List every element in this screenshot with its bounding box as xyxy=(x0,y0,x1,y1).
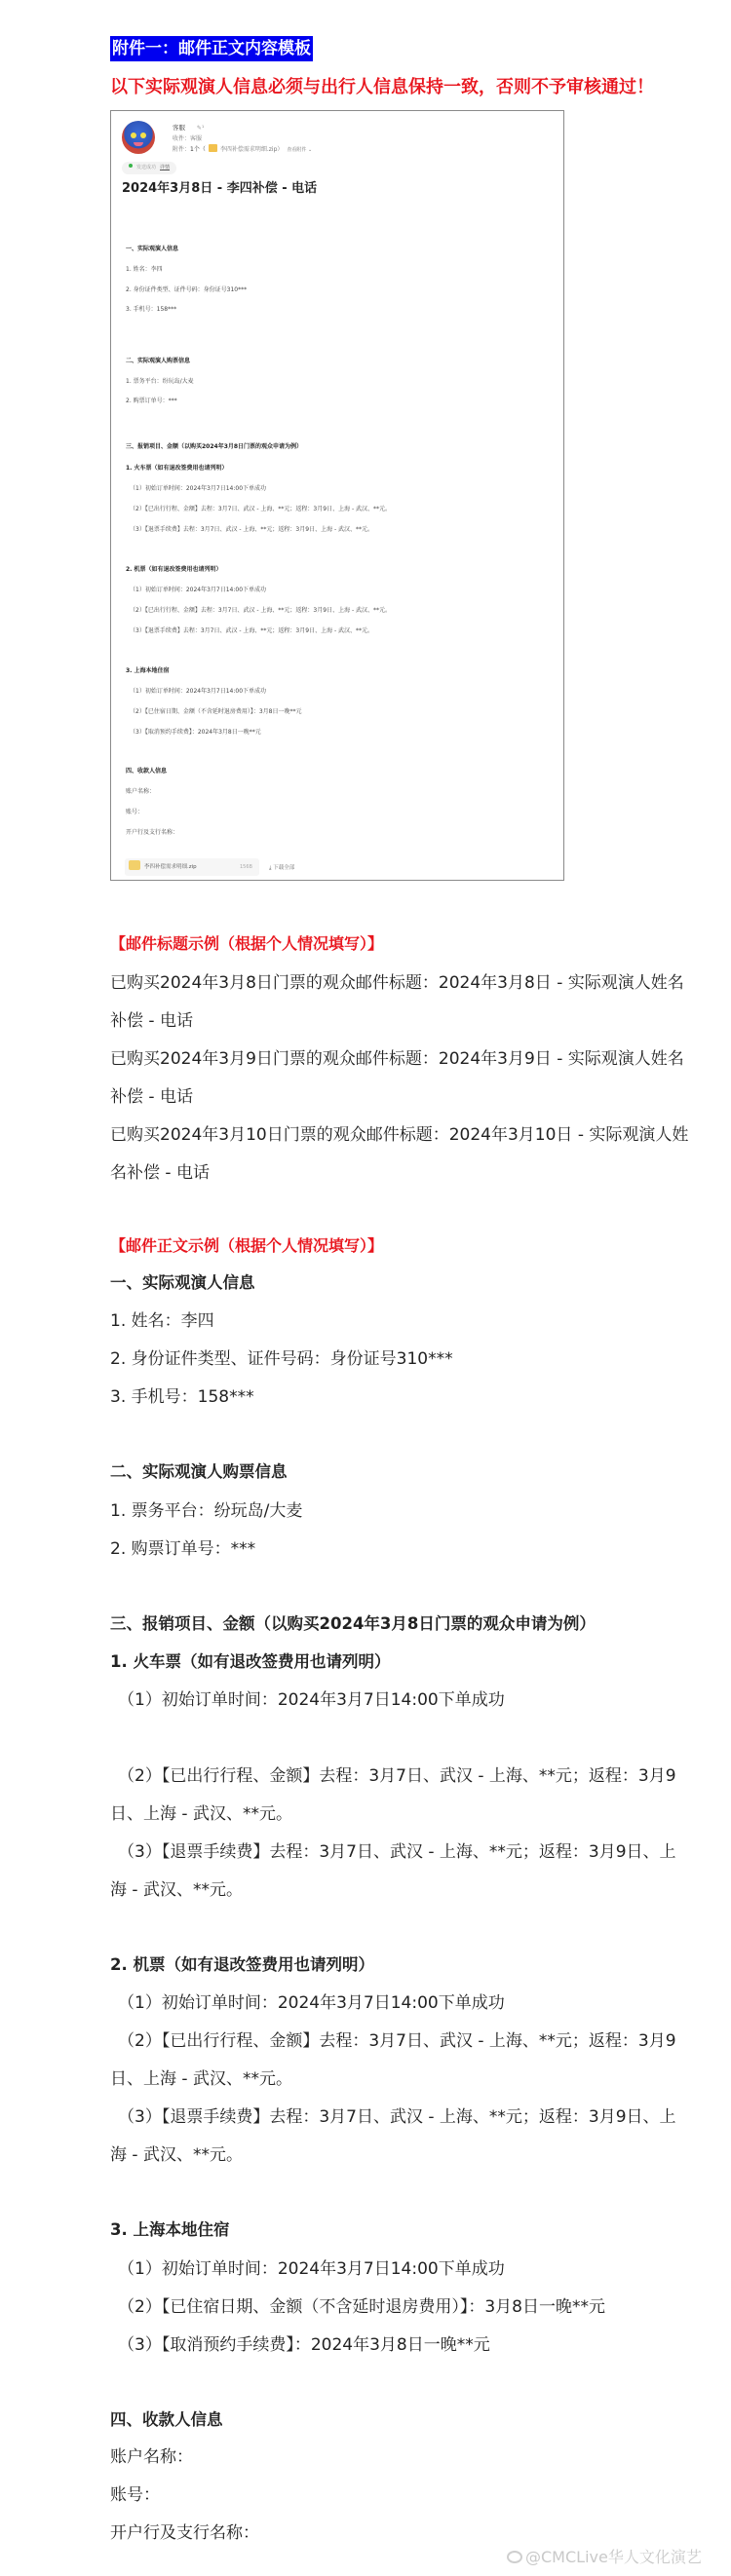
subject-example-heading: 【邮件标题示例（根据个人情况填写）】 xyxy=(110,933,383,955)
section-item: 账户名称： xyxy=(110,2446,193,2468)
email-body-line: （1）初始订单时间：2024年3月7日14:00下单成功 xyxy=(130,687,266,696)
pin-icon[interactable]: ✎¹ xyxy=(197,125,204,132)
email-body-line: 3. 手机号：158*** xyxy=(126,305,176,314)
attachment-size: 156B xyxy=(240,858,252,876)
subject-example-line: 补偿 - 电话 xyxy=(110,1086,193,1108)
subsection-line: 海 - 武汉、**元。 xyxy=(110,1879,243,1901)
email-body-line: （1）初始订单时间：2024年3月7日14:00下单成功 xyxy=(130,586,266,594)
subsection-line: （1）初始订单时间：2024年3月7日14:00下单成功 xyxy=(118,1992,505,2014)
subsection-line: （1）初始订单时间：2024年3月7日14:00下单成功 xyxy=(118,1689,505,1711)
email-body-heading: 三、报销项目、金额（以购买2024年3月8日门票的观众申请为例） xyxy=(126,442,302,451)
attachment-close: ） xyxy=(277,146,283,153)
section-item: 账号： xyxy=(110,2484,160,2506)
attachment-name[interactable]: 李四补偿需求明细.zip xyxy=(220,146,278,153)
subsection-line: 日、上海 - 武汉、**元。 xyxy=(110,1803,292,1825)
email-screenshot: 客服 ✎¹ 收件：客服 附件：1个（李四补偿需求明细.zip）查看附件 ⌄ 发送… xyxy=(110,110,564,881)
email-body-heading: 3. 上海本地住宿 xyxy=(126,666,170,675)
email-body-line: （3）【退票手续费】去程：3月7日、武汉 - 上海、**元；返程：3月9日、上海… xyxy=(130,525,373,534)
body-example-heading: 【邮件正文示例（根据个人情况填写）】 xyxy=(110,1235,383,1257)
email-body-line: 开户行及支行名称： xyxy=(126,828,178,837)
section-title: 四、收款人信息 xyxy=(110,2409,223,2431)
send-status: 发送成功 xyxy=(136,165,156,170)
chevron-down-icon: ⌄ xyxy=(308,147,312,153)
email-body-heading: 1. 火车票（如有退改签费用也请列明） xyxy=(126,464,228,473)
subsection-line: （1）初始订单时间：2024年3月7日14:00下单成功 xyxy=(118,2258,505,2280)
subsection-line: 日、上海 - 武汉、**元。 xyxy=(110,2068,292,2090)
download-icon: ⤓ xyxy=(269,865,271,871)
success-dot-icon xyxy=(129,164,133,168)
section-title: 二、实际观演人购票信息 xyxy=(110,1461,288,1483)
section-item: 开户行及支行名称： xyxy=(110,2522,259,2544)
section-item: 3. 手机号：158*** xyxy=(110,1386,254,1408)
subsection-line: （2）【已出行行程、金额】去程：3月7日、武汉 - 上海、**元；返程：3月9 xyxy=(118,2030,676,2052)
attachment-count: 1个（ xyxy=(190,146,206,153)
email-body-line: （3）【取消预约手续费】：2024年3月8日一晚**元 xyxy=(130,728,261,737)
subject-example-line: 已购买2024年3月9日门票的观众邮件标题：2024年3月9日 - 实际观演人姓… xyxy=(110,1048,684,1070)
email-body-line: （2）【已出行行程、金额】去程：3月7日、武汉 - 上海、**元；返程：3月9日… xyxy=(130,606,391,615)
status-detail-link[interactable]: 详情 xyxy=(160,165,170,170)
email-body-line: （2）【已出行行程、金额】去程：3月7日、武汉 - 上海、**元；返程：3月9日… xyxy=(130,505,391,513)
attachment-label: 附件： xyxy=(173,146,190,153)
subject-example-line: 补偿 - 电话 xyxy=(110,1010,193,1032)
subsection-line: （3）【退票手续费】去程：3月7日、武汉 - 上海、**元；返程：3月9日、上 xyxy=(118,1841,676,1863)
email-body-heading: 四、收款人信息 xyxy=(126,767,167,776)
section-item: 1. 票务平台：纷玩岛/大麦 xyxy=(110,1500,302,1522)
subsection-line: （3）【取消预约手续费】：2024年3月8日一晚**元 xyxy=(118,2334,490,2356)
email-meta: 客服 ✎¹ 收件：客服 附件：1个（李四补偿需求明细.zip）查看附件 ⌄ xyxy=(173,123,312,156)
email-body-line: 2. 身份证件类型、证件号码：身份证号310*** xyxy=(126,285,247,294)
attachment-card-name: 李四补偿需求明细.zip xyxy=(144,864,197,870)
attachment-card[interactable]: 李四补偿需求明细.zip 156B xyxy=(125,858,259,876)
section-title: 三、报销项目、金额（以购买2024年3月8日门票的观众申请为例） xyxy=(110,1613,596,1635)
subsection-title: 2. 机票（如有退改签费用也请列明） xyxy=(110,1954,374,1976)
email-subject: 2024年3月8日 - 李四补偿 - 电话 xyxy=(122,179,317,199)
avatar-eye-icon xyxy=(140,133,146,138)
download-all-button[interactable]: ⤓ 下载全部 xyxy=(269,858,294,878)
avatar xyxy=(122,121,155,154)
section-title: 一、实际观演人信息 xyxy=(110,1272,255,1294)
avatar-mouth-icon xyxy=(134,142,143,146)
weibo-icon xyxy=(507,2551,522,2563)
watermark: @CMCLive华人文化演艺 xyxy=(507,2545,702,2567)
send-status-badge: 发送成功详情 xyxy=(122,162,176,174)
zip-file-icon xyxy=(129,860,140,870)
email-body-line: 2. 购票订单号：*** xyxy=(126,397,177,405)
section-item: 1. 姓名：李四 xyxy=(110,1310,214,1332)
recipient-line: 收件：客服 xyxy=(173,133,312,144)
subject-example-line: 已购买2024年3月10日门票的观众邮件标题：2024年3月10日 - 实际观演… xyxy=(110,1124,688,1146)
email-body-line: （2）【已住宿日期、金额（不含延时退房费用）】：3月8日一晚**元 xyxy=(130,707,301,716)
email-body-line: （1）初始订单时间：2024年3月7日14:00下单成功 xyxy=(130,484,266,493)
subsection-line: （3）【退票手续费】去程：3月7日、武汉 - 上海、**元；返程：3月9日、上 xyxy=(118,2106,676,2128)
subsection-line: （2）【已出行行程、金额】去程：3月7日、武汉 - 上海、**元；返程：3月9 xyxy=(118,1765,676,1787)
email-body-heading: 二、实际观演人购票信息 xyxy=(126,357,190,365)
section-item: 2. 购票订单号：*** xyxy=(110,1538,255,1560)
subsection-line: 海 - 武汉、**元。 xyxy=(110,2144,243,2166)
email-body-line: 账户名称： xyxy=(126,787,155,796)
email-body-heading: 一、实际观演人信息 xyxy=(126,245,178,253)
sender-name[interactable]: 客服 xyxy=(173,124,185,132)
email-body-heading: 2. 机票（如有退改签费用也请列明） xyxy=(126,565,222,574)
avatar-eye-icon xyxy=(131,133,136,138)
email-body-line: 1. 姓名：李四 xyxy=(126,265,163,274)
subject-example-line: 已购买2024年3月8日门票的观众邮件标题：2024年3月8日 - 实际观演人姓… xyxy=(110,972,684,994)
zip-file-icon xyxy=(209,144,217,152)
attachment-line: 附件：1个（李四补偿需求明细.zip）查看附件 ⌄ xyxy=(173,144,312,156)
email-body-line: 1. 票务平台：纷玩岛/大麦 xyxy=(126,377,194,386)
subsection-line: （2）【已住宿日期、金额（不含延时退房费用）】：3月8日一晚**元 xyxy=(118,2296,605,2318)
view-attachments-link[interactable]: 查看附件 ⌄ xyxy=(287,147,312,153)
subject-example-line: 名补偿 - 电话 xyxy=(110,1162,210,1184)
email-body-line: 账号： xyxy=(126,808,143,816)
attachment-banner: 附件一：邮件正文内容模板 xyxy=(110,36,313,61)
warning-heading: 以下实际观演人信息必须与出行人信息保持一致，否则不予审核通过！ xyxy=(110,76,654,99)
subsection-title: 1. 火车票（如有退改签费用也请列明） xyxy=(110,1651,391,1673)
email-body-line: （3）【退票手续费】去程：3月7日、武汉 - 上海、**元；返程：3月9日、上海… xyxy=(130,626,373,635)
subsection-title: 3. 上海本地住宿 xyxy=(110,2219,230,2241)
section-item: 2. 身份证件类型、证件号码：身份证号310*** xyxy=(110,1348,453,1370)
